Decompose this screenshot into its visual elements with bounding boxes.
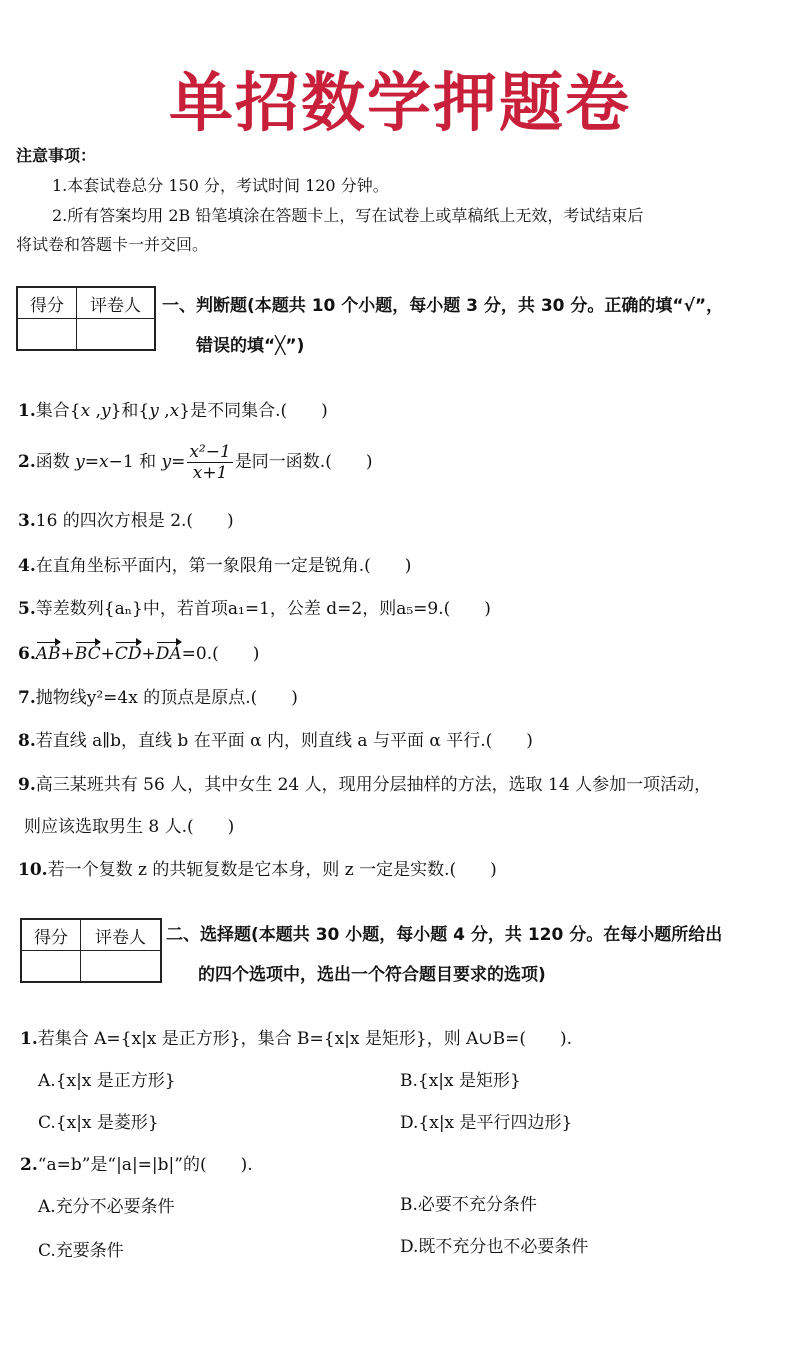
section2-heading: 二、选择题(本题共 30 小题，每小题 4 分，共 120 分。在每小题所给出	[166, 920, 722, 945]
choice-question-1: 1.若集合 A={x|x 是正方形}，集合 B={x|x 是矩形}，则 A∪B=…	[20, 1024, 572, 1049]
section1-heading: 一、判断题(本题共 10 个小题，每小题 3 分，共 30 分。正确的填“√”，	[162, 291, 723, 316]
note-item: 将试卷和答题卡一并交回。	[16, 231, 208, 259]
grader-field[interactable]	[77, 319, 156, 351]
score-field[interactable]	[17, 319, 77, 351]
score-field[interactable]	[21, 951, 81, 983]
section2-heading-cont: 的四个选项中，选出一个符合题目要求的选项)	[198, 960, 546, 985]
judge-question-10: 10.若一个复数 z 的共轭复数是它本身，则 z 一定是实数.( )	[18, 855, 497, 880]
judge-question-2: 2.函数 y=x−1 和 y=x²−1x+1是同一函数.( )	[18, 442, 372, 483]
judge-question-1: 1.集合{x ,y}和{y ,x}是不同集合.( )	[18, 396, 328, 421]
section1-heading-cont: 错误的填“╳”)	[196, 331, 304, 356]
choice-option-c[interactable]: C.{x|x 是菱形}	[38, 1108, 159, 1133]
choice-option-b[interactable]: B.{x|x 是矩形}	[400, 1066, 521, 1091]
choice-option-b[interactable]: B.必要不充分条件	[400, 1190, 537, 1215]
grader-field[interactable]	[81, 951, 162, 983]
choice-option-a[interactable]: A.充分不必要条件	[38, 1192, 175, 1217]
grader-label: 评卷人	[81, 919, 162, 951]
judge-question-9-cont: 则应该选取男生 8 人.( )	[24, 812, 234, 837]
grader-label: 评卷人	[77, 287, 156, 319]
judge-question-4: 4.在直角坐标平面内，第一象限角一定是锐角.( )	[18, 551, 411, 576]
score-label: 得分	[17, 287, 77, 319]
score-label: 得分	[21, 919, 81, 951]
note-item: 1.本套试卷总分 150 分，考试时间 120 分钟。	[52, 172, 389, 200]
note-item: 2.所有答案均用 2B 铅笔填涂在答题卡上，写在试卷上或草稿纸上无效，考试结束后	[52, 202, 643, 230]
judge-question-9: 9.高三某班共有 56 人，其中女生 24 人，现用分层抽样的方法，选取 14 …	[18, 770, 711, 795]
judge-question-8: 8.若直线 a∥b，直线 b 在平面 α 内，则直线 a 与平面 α 平行.( …	[18, 726, 533, 751]
score-box: 得分评卷人	[20, 918, 162, 983]
choice-option-c[interactable]: C.充要条件	[38, 1236, 124, 1261]
judge-question-7: 7.抛物线y²=4x 的顶点是原点.( )	[18, 683, 298, 708]
choice-option-d[interactable]: D.{x|x 是平行四边形}	[400, 1108, 572, 1133]
judge-question-3: 3.16 的四次方根是 2.( )	[18, 506, 234, 531]
choice-option-d[interactable]: D.既不充分也不必要条件	[400, 1232, 588, 1257]
judge-question-6: 6.AB+BC+CD+DA=0.( )	[18, 639, 259, 664]
notes-heading: 注意事项：	[16, 143, 96, 166]
choice-question-2: 2.“a=b”是“|a|=|b|”的( ).	[20, 1150, 253, 1175]
page-title: 单招数学押题卷	[0, 52, 800, 144]
score-box: 得分评卷人	[16, 286, 156, 351]
judge-question-5: 5.等差数列{aₙ}中，若首项a₁=1，公差 d=2，则a₅=9.( )	[18, 594, 491, 619]
choice-option-a[interactable]: A.{x|x 是正方形}	[38, 1066, 176, 1091]
